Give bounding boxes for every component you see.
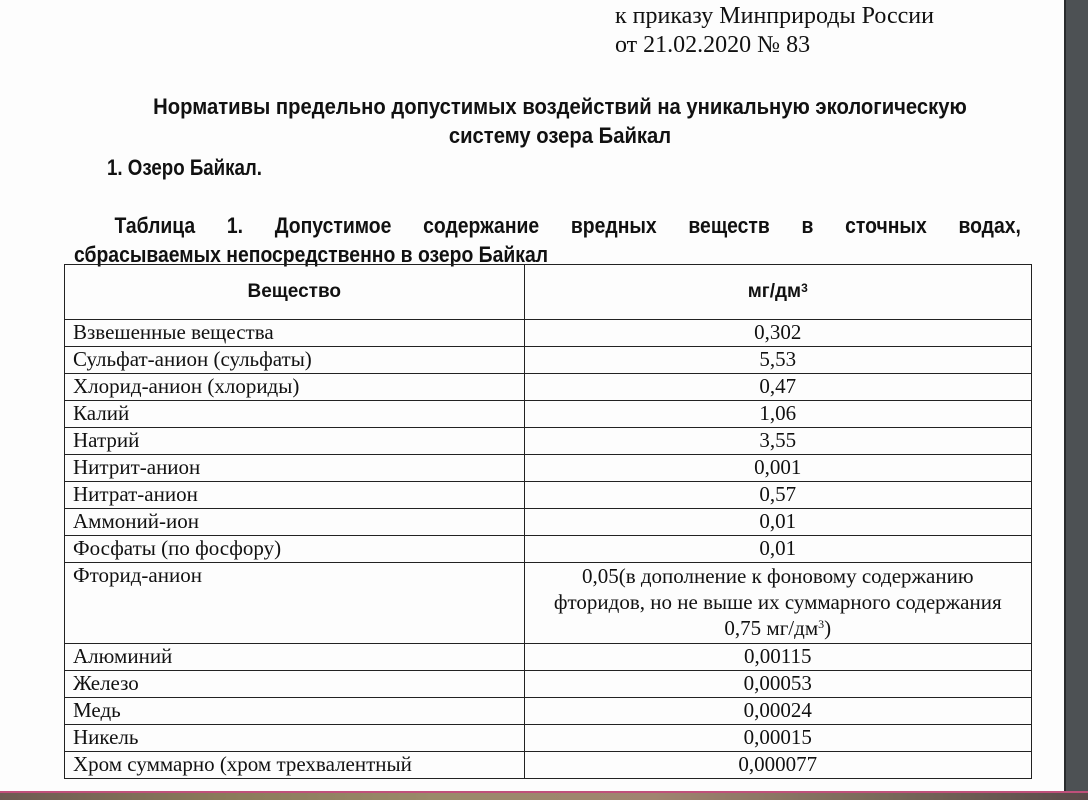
value-cell: 0,00024 [524, 698, 1031, 725]
substance-cell: Алюминий [65, 644, 525, 671]
table-row: Хром суммарно (хром трехвалентный0,00007… [65, 752, 1032, 779]
substance-cell: Железо [65, 671, 525, 698]
header-substance: Вещество [65, 265, 525, 320]
document-title: Нормативы предельно допустимых воздейств… [100, 92, 1020, 150]
substance-cell: Фосфаты (по фосфору) [65, 536, 525, 563]
document-page: к приказу Минприроды России от 21.02.202… [0, 0, 1064, 800]
value-cell: 5,53 [524, 347, 1031, 374]
substances-table: Вещество мг/дм3 Взвешенные вещества0,302… [64, 264, 1032, 779]
title-line-1: Нормативы предельно допустимых воздейств… [100, 92, 1020, 121]
background-strip [0, 791, 1088, 800]
table-row: Сульфат-анион (сульфаты)5,53 [65, 347, 1032, 374]
header-unit: мг/дм3 [524, 265, 1031, 320]
viewer-side-panel [1064, 0, 1088, 800]
substance-cell: Никель [65, 725, 525, 752]
value-cell: 0,00115 [524, 644, 1031, 671]
value-cell: 1,06 [524, 401, 1031, 428]
table-row: Нитрат-анион0,57 [65, 482, 1032, 509]
title-line-2: систему озера Байкал [100, 121, 1020, 150]
table-row: Взвешенные вещества0,302 [65, 320, 1032, 347]
table-row: Нитрит-анион0,001 [65, 455, 1032, 482]
substance-cell: Сульфат-анион (сульфаты) [65, 347, 525, 374]
value-cell: 0,47 [524, 374, 1031, 401]
substance-cell: Медь [65, 698, 525, 725]
substance-cell: Хром суммарно (хром трехвалентный [65, 752, 525, 779]
header-unit-sup: 3 [801, 281, 808, 295]
value-cell: 0,00015 [524, 725, 1031, 752]
substance-cell: Аммоний-ион [65, 509, 525, 536]
header-unit-text: мг/дм [748, 281, 801, 302]
annex-line-2: от 21.02.2020 № 83 [615, 31, 934, 60]
table-row: Алюминий0,00115 [65, 644, 1032, 671]
value-cell: 0,302 [524, 320, 1031, 347]
value-cell: 0,05(в дополнение к фоновому содержанию … [524, 563, 1031, 644]
section-heading: 1. Озеро Байкал. [107, 155, 262, 181]
table-row: Фосфаты (по фосфору)0,01 [65, 536, 1032, 563]
annex-line-1: к приказу Минприроды России [615, 2, 934, 31]
table-row: Никель0,00015 [65, 725, 1032, 752]
table-row: Натрий3,55 [65, 428, 1032, 455]
table-header-row: Вещество мг/дм3 [65, 265, 1032, 320]
substance-cell: Фторид-анион [65, 563, 525, 644]
value-text: 0,05(в дополнение к фоновому содержанию … [554, 564, 1002, 640]
value-cell: 0,00053 [524, 671, 1031, 698]
value-cell: 3,55 [524, 428, 1031, 455]
substance-cell: Нитрат-анион [65, 482, 525, 509]
table-caption: Таблица 1. Допустимое содержание вредных… [74, 211, 1021, 269]
substance-cell: Хлорид-анион (хлориды) [65, 374, 525, 401]
substance-cell: Натрий [65, 428, 525, 455]
substance-cell: Взвешенные вещества [65, 320, 525, 347]
table-row: Хлорид-анион (хлориды)0,47 [65, 374, 1032, 401]
substance-cell: Нитрит-анион [65, 455, 525, 482]
substance-cell: Калий [65, 401, 525, 428]
value-sup: 3 [818, 617, 824, 631]
value-cell: 0,01 [524, 536, 1031, 563]
value-cell: 0,57 [524, 482, 1031, 509]
value-cell: 0,01 [524, 509, 1031, 536]
caption-line-1: Таблица 1. Допустимое содержание вредных… [74, 211, 1021, 240]
value-end: ) [824, 616, 831, 640]
table-row: Железо0,00053 [65, 671, 1032, 698]
table-row: Медь0,00024 [65, 698, 1032, 725]
value-cell: 0,000077 [524, 752, 1031, 779]
annex-reference: к приказу Минприроды России от 21.02.202… [615, 2, 934, 60]
table-row: Калий1,06 [65, 401, 1032, 428]
value-cell: 0,001 [524, 455, 1031, 482]
table-row: Аммоний-ион0,01 [65, 509, 1032, 536]
table-row: Фторид-анион0,05(в дополнение к фоновому… [65, 563, 1032, 644]
